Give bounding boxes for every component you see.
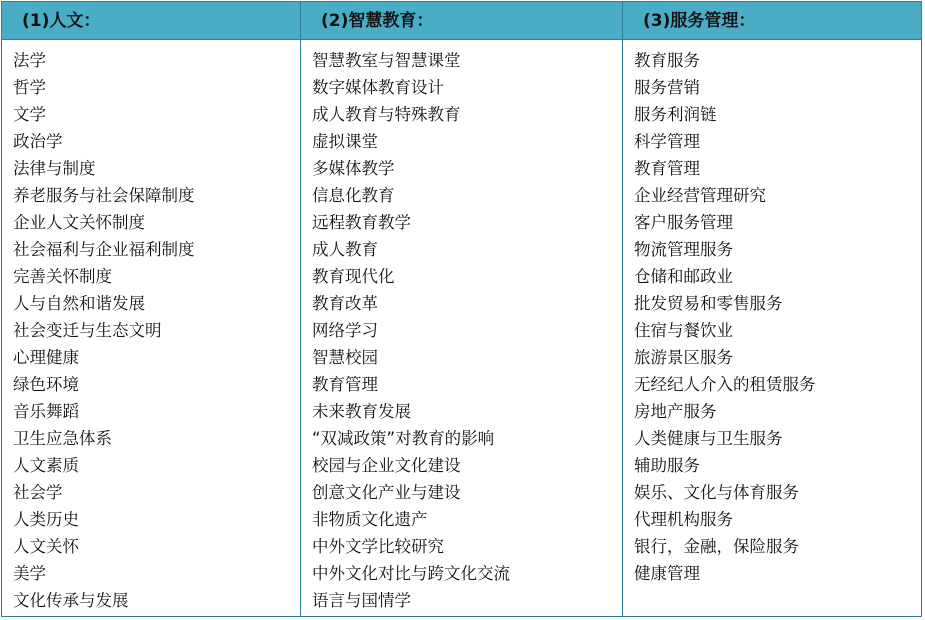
list-item: 创意文化产业与建设 <box>312 479 622 506</box>
list-item: 法学 <box>13 47 300 74</box>
list-item: 成人教育 <box>312 236 622 263</box>
list-item: 物流管理服务 <box>634 236 921 263</box>
list-item: 远程教育教学 <box>312 209 622 236</box>
column-smart-education: 智慧教室与智慧课堂数字媒体教育设计成人教育与特殊教育虚拟课堂多媒体教学信息化教育… <box>301 40 623 616</box>
list-item: 人文关怀 <box>13 533 300 560</box>
list-item: 银行，金融，保险服务 <box>634 533 921 560</box>
list-item: 多媒体教学 <box>312 155 622 182</box>
list-item: 教育管理 <box>312 371 622 398</box>
column-service-management: 教育服务服务营销服务利润链科学管理教育管理企业经营管理研究客户服务管理物流管理服… <box>623 40 921 616</box>
list-item: 健康管理 <box>634 560 921 587</box>
list-item: 心理健康 <box>13 344 300 371</box>
header-smart-education: (2)智慧教育： <box>301 2 623 40</box>
list-item: 人类健康与卫生服务 <box>634 425 921 452</box>
list-item: 智慧教室与智慧课堂 <box>312 47 622 74</box>
list-item: 智慧校园 <box>312 344 622 371</box>
list-item: 人文素质 <box>13 452 300 479</box>
list-item: 法律与制度 <box>13 155 300 182</box>
list-item: 娱乐、文化与体育服务 <box>634 479 921 506</box>
list-item: 科学管理 <box>634 128 921 155</box>
list-item: 哲学 <box>13 74 300 101</box>
list-item: 未来教育发展 <box>312 398 622 425</box>
list-item: 音乐舞蹈 <box>13 398 300 425</box>
list-item: 无经纪人介入的租赁服务 <box>634 371 921 398</box>
list-item: 旅游景区服务 <box>634 344 921 371</box>
list-item: 校园与企业文化建设 <box>312 452 622 479</box>
list-item: 教育管理 <box>634 155 921 182</box>
header-humanities: (1)人文： <box>2 2 301 40</box>
list-item: 绿色环境 <box>13 371 300 398</box>
list-item: 社会福利与企业福利制度 <box>13 236 300 263</box>
list-item: “双减政策”对教育的影响 <box>312 425 622 452</box>
list-item: 住宿与餐饮业 <box>634 317 921 344</box>
list-item: 数字媒体教育设计 <box>312 74 622 101</box>
list-item: 美学 <box>13 560 300 587</box>
list-item: 信息化教育 <box>312 182 622 209</box>
list-item: 客户服务管理 <box>634 209 921 236</box>
list-item: 教育现代化 <box>312 263 622 290</box>
list-item: 文学 <box>13 101 300 128</box>
list-item: 辅助服务 <box>634 452 921 479</box>
list-item: 网络学习 <box>312 317 622 344</box>
list-item: 企业经营管理研究 <box>634 182 921 209</box>
list-item: 文化传承与发展 <box>13 587 300 614</box>
list-item: 养老服务与社会保障制度 <box>13 182 300 209</box>
list-item: 中外文学比较研究 <box>312 533 622 560</box>
topic-list-smart-education: 智慧教室与智慧课堂数字媒体教育设计成人教育与特殊教育虚拟课堂多媒体教学信息化教育… <box>312 47 622 614</box>
list-item: 语言与国情学 <box>312 587 622 614</box>
list-item: 成人教育与特殊教育 <box>312 101 622 128</box>
topics-table: (1)人文： (2)智慧教育： (3)服务管理： 法学哲学文学政治学法律与制度养… <box>1 1 922 617</box>
list-item: 人与自然和谐发展 <box>13 290 300 317</box>
list-item: 完善关怀制度 <box>13 263 300 290</box>
column-humanities: 法学哲学文学政治学法律与制度养老服务与社会保障制度企业人文关怀制度社会福利与企业… <box>2 40 301 616</box>
list-item: 虚拟课堂 <box>312 128 622 155</box>
list-item: 代理机构服务 <box>634 506 921 533</box>
list-item: 卫生应急体系 <box>13 425 300 452</box>
list-item: 教育服务 <box>634 47 921 74</box>
list-item: 政治学 <box>13 128 300 155</box>
list-item: 仓储和邮政业 <box>634 263 921 290</box>
list-item: 社会学 <box>13 479 300 506</box>
list-item: 教育改革 <box>312 290 622 317</box>
list-item: 批发贸易和零售服务 <box>634 290 921 317</box>
topic-list-service-management: 教育服务服务营销服务利润链科学管理教育管理企业经营管理研究客户服务管理物流管理服… <box>634 47 921 587</box>
header-service-management: (3)服务管理： <box>623 2 921 40</box>
list-item: 服务营销 <box>634 74 921 101</box>
list-item: 中外文化对比与跨文化交流 <box>312 560 622 587</box>
topic-list-humanities: 法学哲学文学政治学法律与制度养老服务与社会保障制度企业人文关怀制度社会福利与企业… <box>13 47 300 614</box>
list-item: 房地产服务 <box>634 398 921 425</box>
list-item: 社会变迁与生态文明 <box>13 317 300 344</box>
list-item: 企业人文关怀制度 <box>13 209 300 236</box>
list-item: 人类历史 <box>13 506 300 533</box>
list-item: 服务利润链 <box>634 101 921 128</box>
list-item: 非物质文化遗产 <box>312 506 622 533</box>
